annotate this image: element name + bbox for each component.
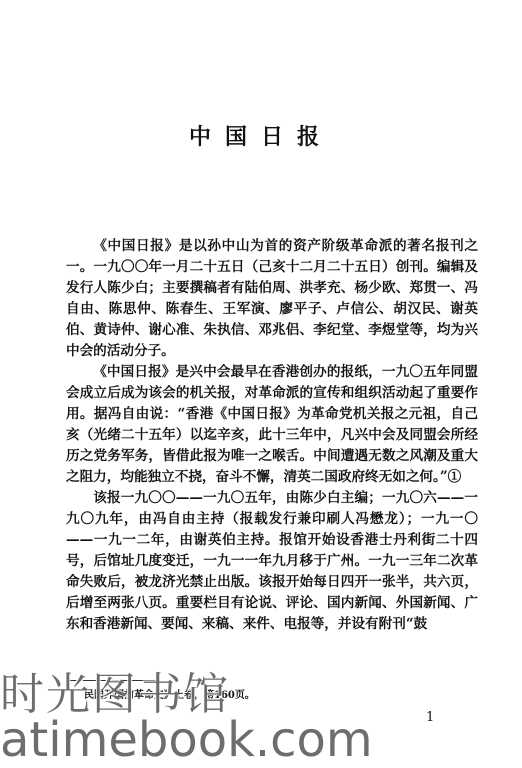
- paragraph: 《中国日报》是以孙中山为首的资产阶级革命派的著名报刊之一。一九〇〇年一月二十五日…: [66, 236, 478, 362]
- page-title: 中国日报: [0, 120, 522, 151]
- page-number: 1: [426, 710, 434, 725]
- watermark-url: atimebook.com: [0, 712, 373, 768]
- paragraph: 该报一九〇〇——一九〇五年，由陈少白主编；一九〇六——一九〇九年，由冯自由主持（…: [66, 488, 478, 635]
- body-text: 《中国日报》是以孙中山为首的资产阶级革命派的著名报刊之一。一九〇〇年一月二十五日…: [66, 236, 478, 635]
- paragraph: 《中国日报》是兴中会最早在香港创办的报纸，一九〇五年同盟会成立后成为该会的机关报…: [66, 362, 478, 488]
